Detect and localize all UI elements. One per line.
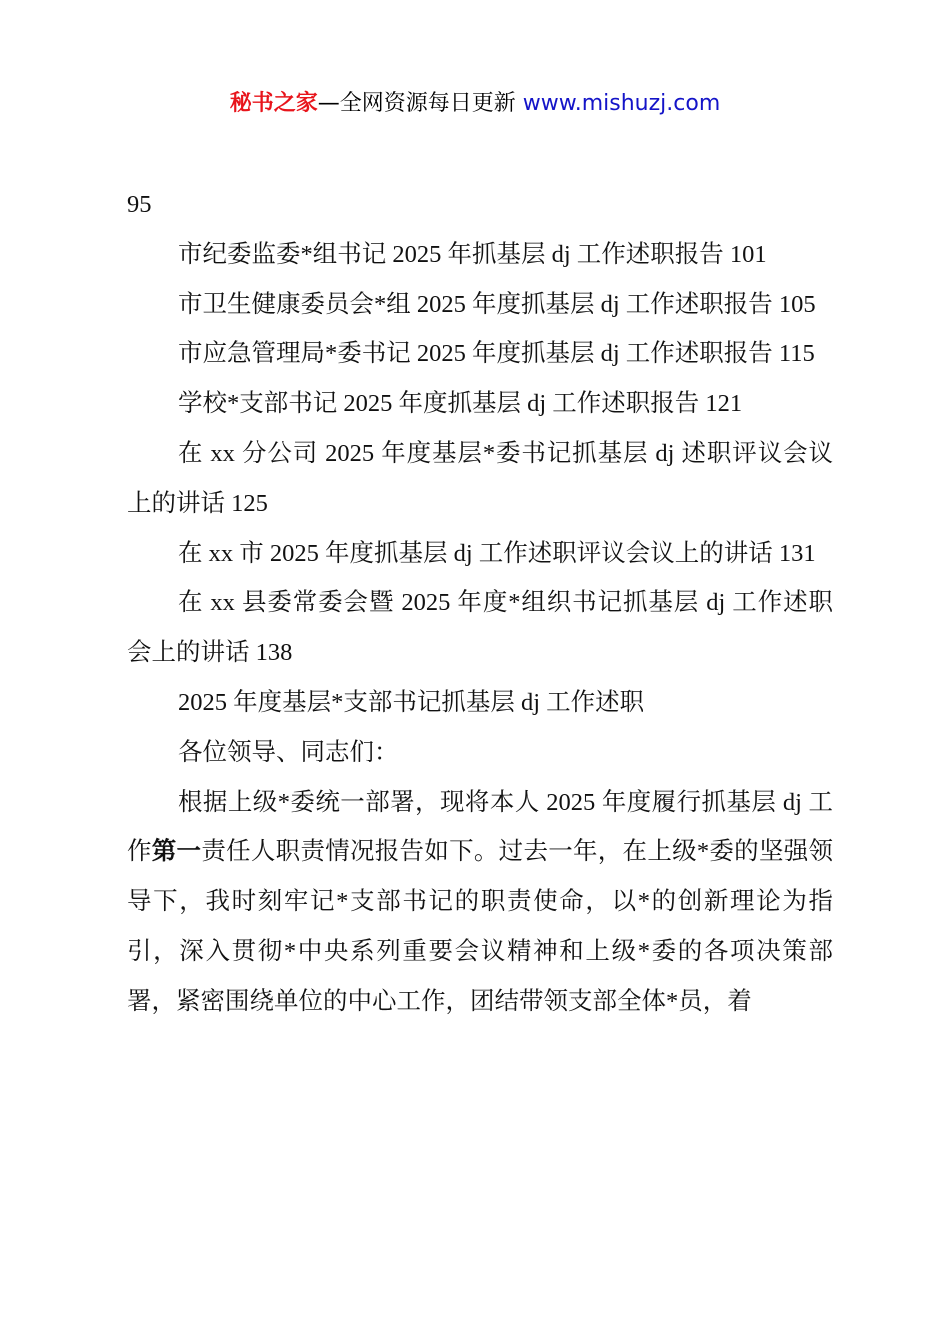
- header-tagline: —全网资源每日更新: [318, 91, 523, 116]
- toc-page-number: 95: [127, 180, 833, 230]
- section-title: 2025 年度基层*支部书记抓基层 dj 工作述职: [127, 678, 833, 728]
- bold-text: 第一: [152, 838, 202, 865]
- toc-entry[interactable]: 市纪委监委*组书记 2025 年抓基层 dj 工作述职报告 101: [127, 230, 833, 280]
- salutation: 各位领导、同志们：: [127, 728, 833, 778]
- toc-entry[interactable]: 市卫生健康委员会*组 2025 年度抓基层 dj 工作述职报告 105: [127, 280, 833, 330]
- toc-entry[interactable]: 学校*支部书记 2025 年度抓基层 dj 工作述职报告 121: [127, 379, 833, 429]
- site-url-link[interactable]: www.mishuzj.com: [523, 91, 720, 116]
- paragraph-text: 责任人职责情况报告如下。过去一年，在上级*委的坚强领导下，我时刻牢记*支部书记的…: [127, 838, 833, 1014]
- document-body: 95 市纪委监委*组书记 2025 年抓基层 dj 工作述职报告 101 市卫生…: [127, 180, 833, 1027]
- site-header: 秘书之家—全网资源每日更新 www.mishuzj.com: [0, 86, 950, 122]
- body-paragraph: 根据上级*委统一部署，现将本人 2025 年度履行抓基层 dj 工作第一责任人职…: [127, 778, 833, 1027]
- toc-entry[interactable]: 市应急管理局*委书记 2025 年度抓基层 dj 工作述职报告 115: [127, 329, 833, 379]
- toc-entry[interactable]: 在 xx 县委常委会暨 2025 年度*组织书记抓基层 dj 工作述职会上的讲话…: [127, 578, 833, 678]
- document-page: 秘书之家—全网资源每日更新 www.mishuzj.com 95 市纪委监委*组…: [0, 0, 950, 1344]
- toc-entry[interactable]: 在 xx 分公司 2025 年度基层*委书记抓基层 dj 述职评议会议上的讲话 …: [127, 429, 833, 529]
- toc-entry[interactable]: 在 xx 市 2025 年度抓基层 dj 工作述职评议会议上的讲话 131: [127, 529, 833, 579]
- brand-name: 秘书之家: [230, 91, 318, 116]
